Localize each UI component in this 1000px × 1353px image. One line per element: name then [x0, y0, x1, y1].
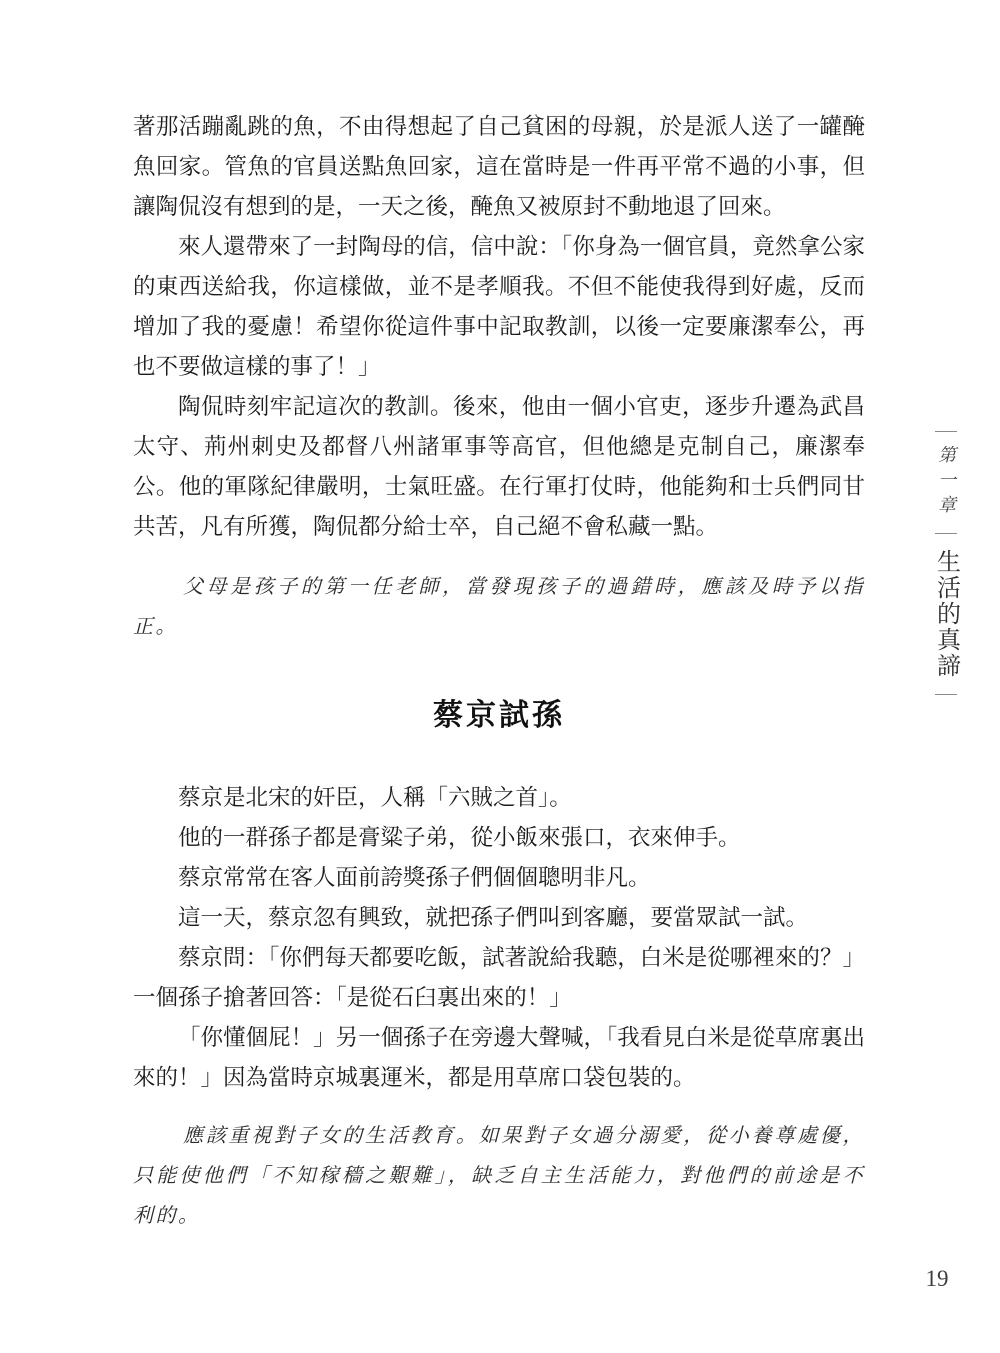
text-column: 著那活蹦亂跳的魚，不由得想起了自己貧困的母親，於是派人送了一罐醃魚回家。管魚的官… — [133, 107, 865, 1236]
paragraph: 蔡京問：「你們每天都要吃飯，試著說給我聽，白米是從哪裡來的？」一個孫子搶著回答：… — [133, 938, 865, 1018]
paragraph: 著那活蹦亂跳的魚，不由得想起了自己貧困的母親，於是派人送了一罐醃魚回家。管魚的官… — [133, 107, 865, 227]
paragraph: 蔡京是北宋的奸臣，人稱「六賊之首」。 — [133, 778, 865, 818]
chapter-sidebar: 第一章 生活的真諦 — [928, 431, 964, 695]
paragraph: 蔡京常常在客人面前誇獎孫子們個個聰明非凡。 — [133, 858, 865, 898]
paragraph: 這一天，蔡京忽有興致，就把孫子們叫到客廳，要當眾試一試。 — [133, 898, 865, 938]
paragraph: 陶侃時刻牢記這次的教訓。後來，他由一個小官吏，逐步升遷為武昌太守、荊州刺史及都督… — [133, 387, 865, 547]
book-page: 著那活蹦亂跳的魚，不由得想起了自己貧困的母親，於是派人送了一罐醃魚回家。管魚的官… — [0, 0, 1000, 1353]
chapter-title-label: 生活的真諦 — [929, 549, 964, 679]
sidebar-rule-bottom — [935, 694, 957, 695]
moral-paragraph: 應該重視對子女的生活教育。如果對子女過分溺愛，從小養尊處優，只能使他們「不知稼穡… — [133, 1116, 865, 1236]
moral-paragraph: 父母是孩子的第一任老師，當發現孩子的過錯時，應該及時予以指正。 — [133, 567, 865, 647]
page-number: 19 — [912, 1266, 962, 1292]
paragraph: 「你懂個屁！」另一個孫子在旁邊大聲喊，「我看見白米是從草席裏出來的！」因為當時京… — [133, 1018, 865, 1098]
section-heading: 蔡京試孫 — [133, 695, 865, 737]
paragraph: 他的一群孫子都是膏粱子弟，從小飯來張口，衣來伸手。 — [133, 818, 865, 858]
sidebar-rule-middle — [935, 533, 957, 534]
paragraph: 來人還帶來了一封陶母的信，信中說：「你身為一個官員，竟然拿公家的東西送給我，你這… — [133, 227, 865, 387]
chapter-number-label: 第一章 — [933, 445, 959, 520]
sidebar-rule-top — [935, 431, 957, 432]
